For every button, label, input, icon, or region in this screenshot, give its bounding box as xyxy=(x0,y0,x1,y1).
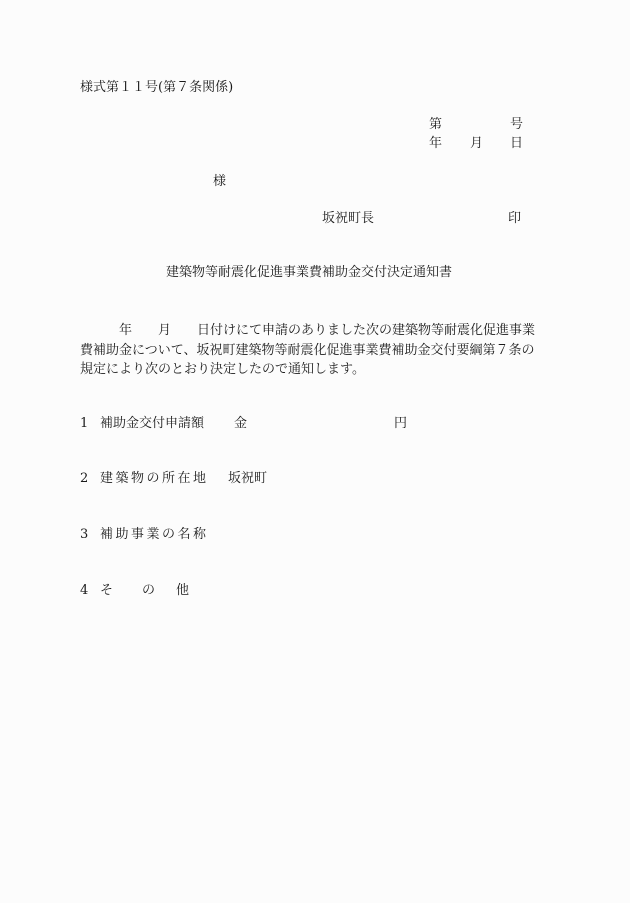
item-label: 補助金交付申請額 xyxy=(100,417,234,430)
item-label-part: そ xyxy=(100,584,142,597)
item-number: 4 xyxy=(80,584,100,597)
document-number-prefix: 第 xyxy=(429,118,442,131)
item-number: 1 xyxy=(80,417,100,430)
body-month-label: 月 xyxy=(158,323,171,338)
body-line-1-text: 日付けにて申請のありました次の建築物等耐震化促進事業 xyxy=(197,323,535,338)
body-year-label: 年 xyxy=(119,323,132,338)
document-title: 建築物等耐震化促進事業費補助金交付決定通知書 xyxy=(166,266,452,279)
item-number: 3 xyxy=(80,528,100,541)
body-paragraph: 年月日付けにて申請のありました次の建築物等耐震化促進事業 費補助金について、坂祝… xyxy=(80,321,560,380)
item-label-part: 他 xyxy=(176,583,189,598)
form-number: 様式第１１号(第７条関係) xyxy=(80,81,233,94)
item-subsidy-amount: 1補助金交付申請額金円 xyxy=(80,417,407,430)
item-label: 建築物の所在地 xyxy=(100,472,228,485)
addressee-honorific: 様 xyxy=(213,175,226,188)
item-label: 補助事業の名称 xyxy=(100,527,209,542)
seal-mark: 印 xyxy=(508,212,521,225)
body-line-2: 費補助金について、坂祝町建築物等耐震化促進事業費補助金交付要綱第７条の xyxy=(80,341,560,361)
body-line-1: 年月日付けにて申請のありました次の建築物等耐震化促進事業 xyxy=(80,321,560,341)
date-day-label: 日 xyxy=(510,137,523,150)
item-project-name: 3補助事業の名称 xyxy=(80,528,209,541)
amount-prefix: 金 xyxy=(234,417,394,430)
item-number: 2 xyxy=(80,472,100,485)
document-number-suffix: 号 xyxy=(510,118,523,131)
item-building-location: 2建築物の所在地坂祝町 xyxy=(80,472,267,485)
item-label-part: の xyxy=(142,584,176,597)
item-other: 4その他 xyxy=(80,584,189,597)
date-year-label: 年 xyxy=(429,137,442,150)
amount-suffix: 円 xyxy=(394,416,407,431)
body-line-3: 規定により次のとおり決定したので通知します。 xyxy=(80,360,560,380)
location-value: 坂祝町 xyxy=(228,471,267,486)
issuer-name: 坂祝町長 xyxy=(322,212,374,225)
date-month-label: 月 xyxy=(470,137,483,150)
